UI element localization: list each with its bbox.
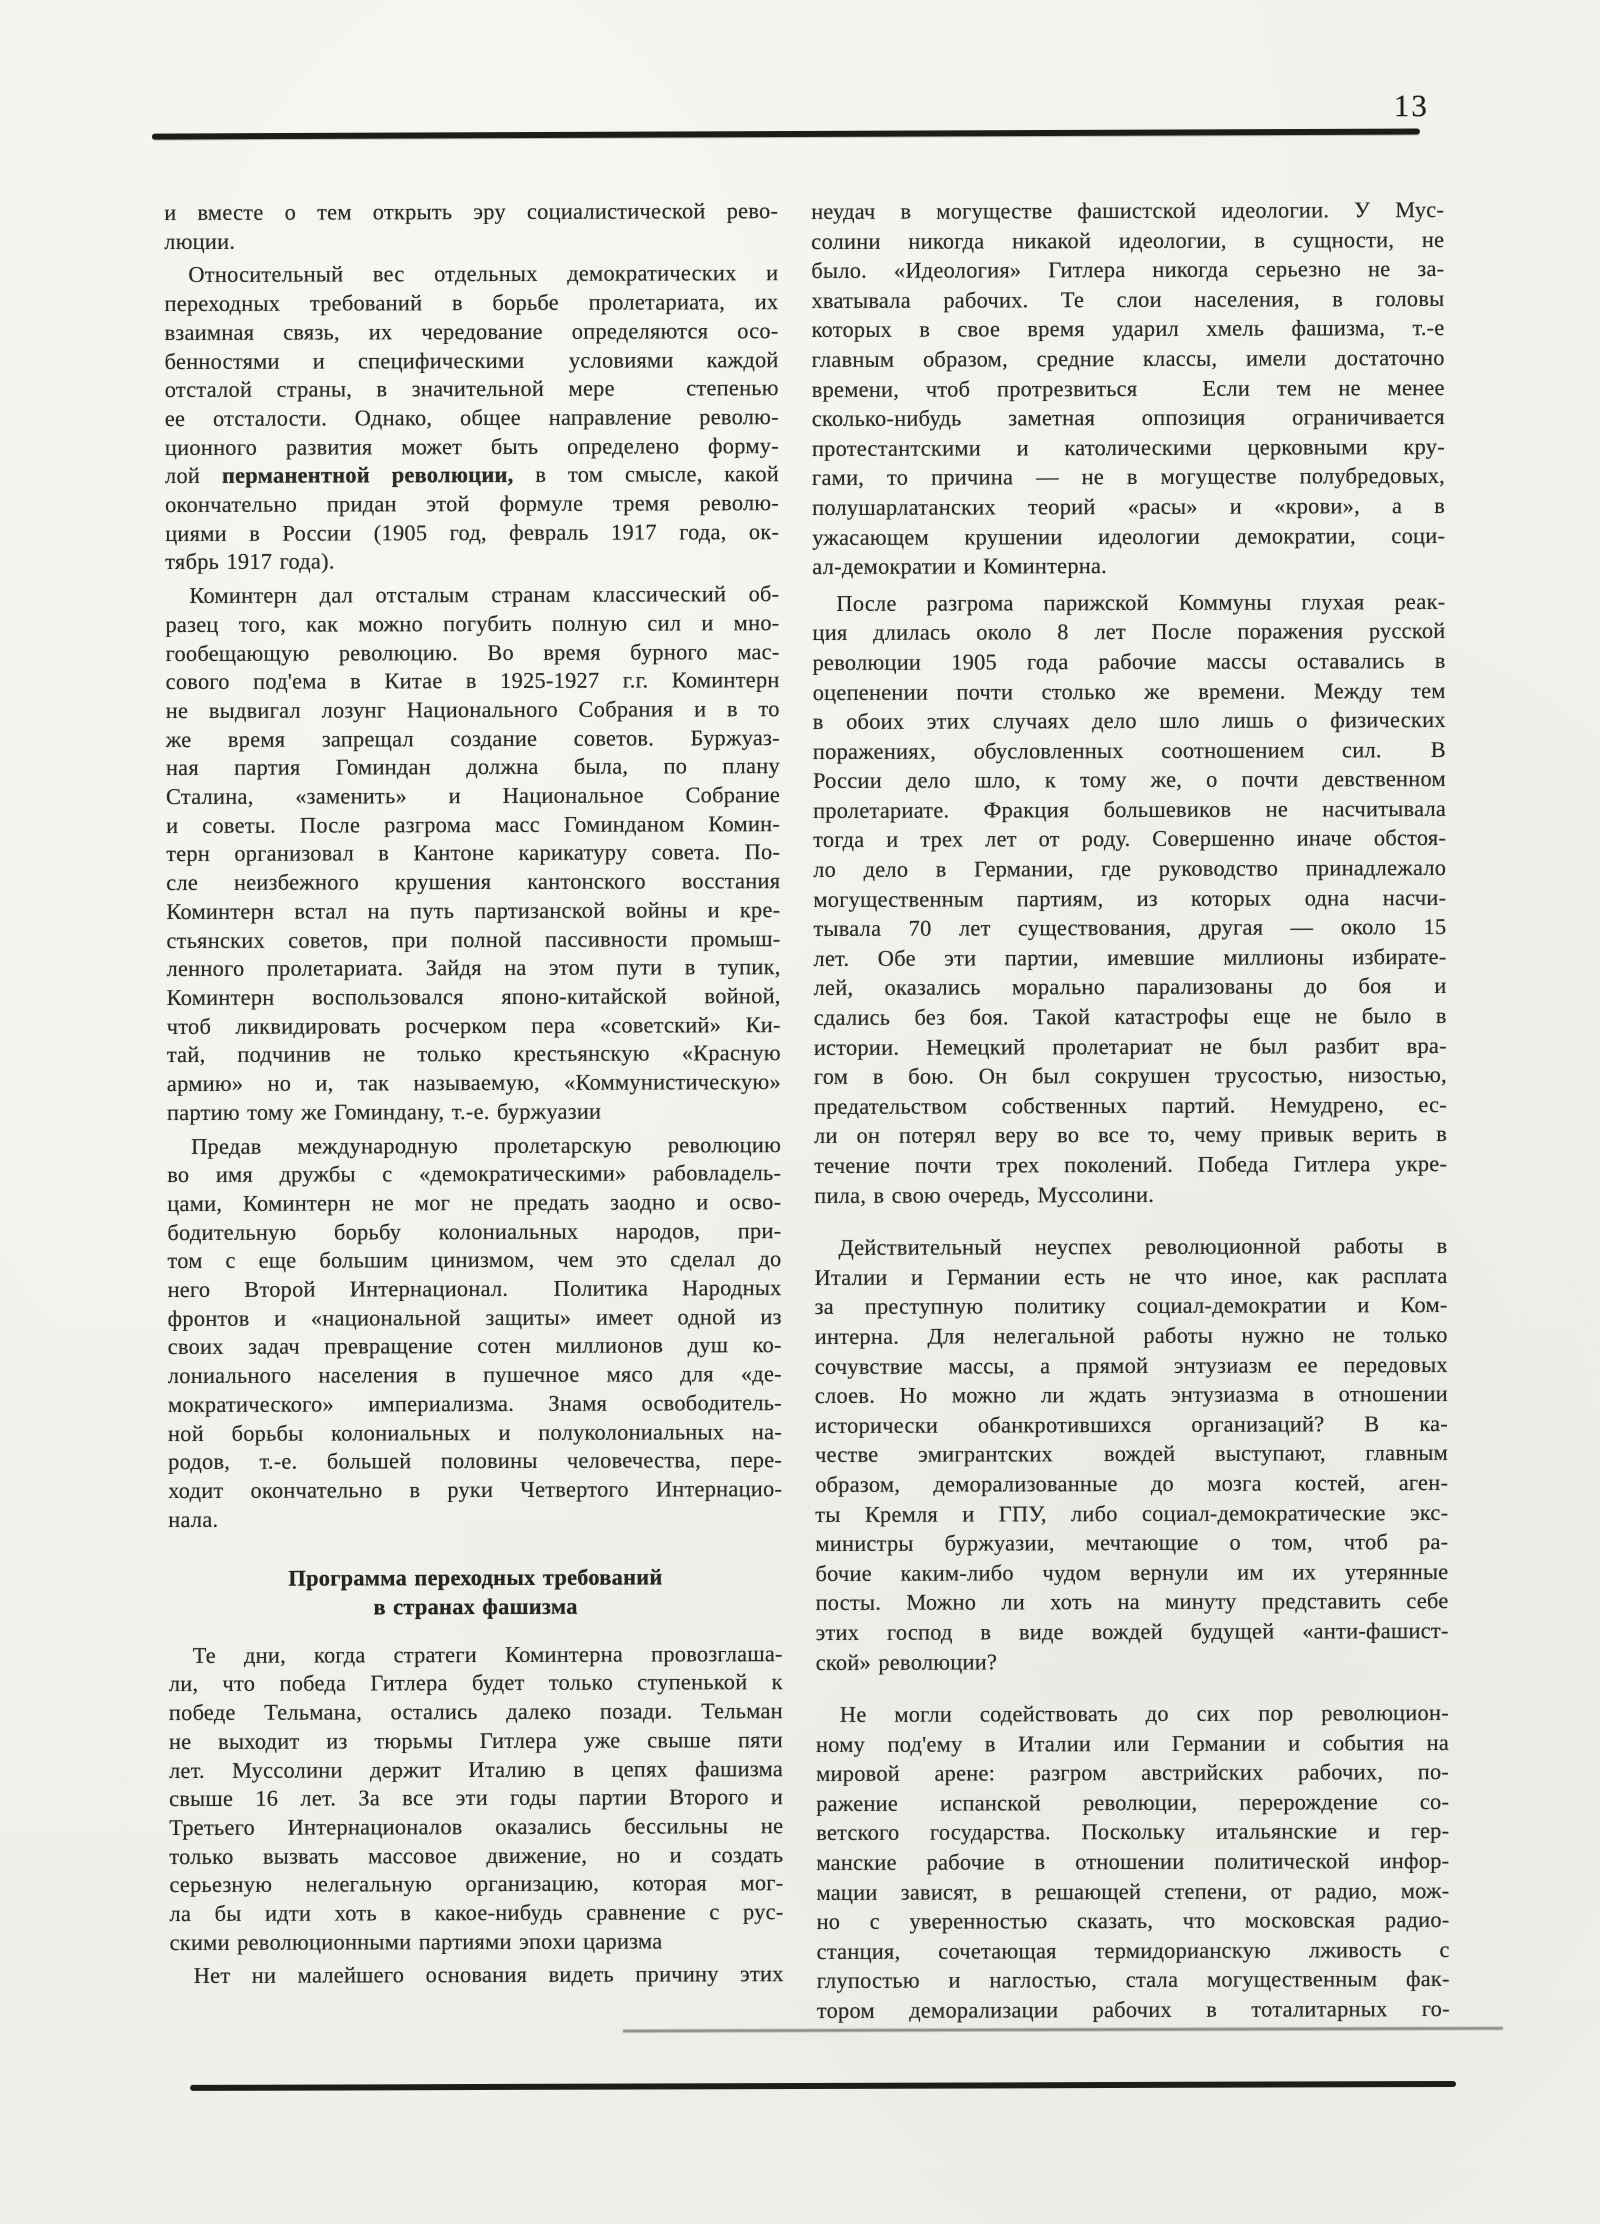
text-segment: посты. Можно ли хоть на минуту представи…: [816, 1588, 1449, 1615]
text-line: Италии и Германии есть не что иное, как …: [814, 1261, 1447, 1293]
text-line: родов, т.-е. большей половины человечест…: [168, 1446, 782, 1477]
scanned-document-page: 13 и вместе о тем открыть эру социалисти…: [0, 0, 1600, 2224]
text-line: революции 1905 года рабочие массы остава…: [813, 646, 1446, 678]
text-segment: ли он потерял веру во все то, чему привы…: [814, 1121, 1447, 1148]
text-line: протестантскими и католическими церковны…: [812, 432, 1445, 464]
text-segment: лет. Обе эти партии, имевшие миллионы из…: [813, 944, 1446, 971]
text-segment: тябрь 1917 года).: [165, 549, 334, 575]
text-segment: министры буржуазии, мечтающие о том, что…: [815, 1529, 1448, 1556]
text-segment: лой: [165, 463, 222, 488]
text-line: отсталой страны, в значительной мере сте…: [165, 374, 779, 405]
text-line: истории. Немецкий пролетариат не был раз…: [814, 1031, 1447, 1063]
text-line: Действительный неуспех революционной раб…: [814, 1231, 1447, 1263]
text-segment: ужасающем крушении идеологии демократии,…: [812, 523, 1445, 550]
text-line: ужасающем крушении идеологии демократии,…: [812, 521, 1445, 553]
text-line: терн организовал в Кантоне карикатуру со…: [166, 839, 780, 870]
text-line: Те дни, когда стратеги Коминтерна провоз…: [169, 1640, 783, 1671]
text-segment: разец того, как можно погубить полную си…: [165, 610, 779, 637]
text-line: люции.: [164, 226, 778, 257]
text-segment: сочувствие массы, а прямой энтузиазм ее …: [815, 1352, 1448, 1379]
text-segment: сового под'ема в Китае в 1925-1927 г.г. …: [166, 667, 780, 694]
text-segment: Не могли содействовать до сих пор револю…: [840, 1700, 1449, 1727]
text-line: партию тому же Гоминдану, т.-е. буржуази…: [167, 1097, 781, 1128]
text-segment: гом в бою. Он был сокрушен трусостью, ни…: [814, 1062, 1447, 1089]
text-line: цами, Коминтерн не мог не предать заодно…: [167, 1188, 781, 1219]
text-line: разец того, как можно погубить полную си…: [165, 609, 779, 640]
paragraph: неудач в могуществе фашистской идеологии…: [811, 195, 1445, 582]
text-segment: чтоб ликвидировать росчерком пера «совет…: [167, 1012, 781, 1039]
text-segment: тай, подчинив не только крестьянскую «Кр…: [167, 1040, 781, 1067]
text-segment: Сталина, «заменить» и Национальное Собра…: [166, 782, 780, 809]
text-segment: армию» но и, так называемую, «Коммунисти…: [167, 1069, 781, 1096]
text-segment: ция длилась около 8 лет После поражения …: [812, 618, 1445, 645]
text-segment: терн организовал в Кантоне карикатуру со…: [166, 840, 780, 867]
text-line: мации зависят, в решающей степени, от ра…: [816, 1876, 1449, 1908]
text-line: том с еще большим цинизмом, чем это сдел…: [167, 1245, 781, 1276]
text-line: поражениях, обусловленных соотношением с…: [813, 735, 1446, 767]
text-line: солини никогда никакой идеологии, в сущн…: [811, 225, 1444, 257]
text-line: лет. Муссолини держит Италию в цепях фаш…: [169, 1755, 783, 1786]
text-segment: Третьего Интернационалов оказались бесси…: [169, 1813, 783, 1840]
text-segment: революции 1905 года рабочие массы остава…: [813, 648, 1446, 675]
text-segment: взаимная связь, их чередование определяю…: [165, 318, 779, 345]
text-line: ция длилась около 8 лет После поражения …: [812, 616, 1445, 648]
text-line: лой перманентной революции, в том смысле…: [165, 460, 779, 491]
paragraph: Те дни, когда стратеги Коминтерна провоз…: [169, 1640, 784, 1958]
text-segment: сколько-нибудь заметная оппозиция ограни…: [812, 404, 1445, 431]
text-line: неудач в могуществе фашистской идеологии…: [811, 195, 1444, 227]
text-line: мократического» империализма. Знамя осво…: [168, 1389, 782, 1420]
text-line: своих задач превращение сотен миллионов …: [168, 1331, 782, 1362]
text-line: полушарлатанских теорий «расы» и «крови»…: [812, 491, 1445, 523]
text-segment: бенностями и специфическими условиями ка…: [165, 347, 779, 374]
text-segment: ской» революции?: [816, 1649, 997, 1675]
text-segment: ражение испанской революции, перерождени…: [816, 1789, 1449, 1816]
text-segment: Коминтерн встал на путь партизанской вой…: [166, 897, 780, 924]
text-line: ал-демократии и Коминтерна.: [812, 550, 1445, 582]
text-segment: полушарлатанских теорий «расы» и «крови»…: [812, 493, 1445, 520]
text-segment: нала.: [168, 1506, 218, 1531]
text-segment: Коминтерн воспользовался японо-китайской…: [167, 983, 781, 1010]
text-segment: стьянских советов, при полной пассивност…: [166, 926, 780, 953]
paragraph: Предав международную пролетарскую револю…: [167, 1131, 782, 1535]
text-line: пролетариате. Фракция большевиков не нас…: [813, 794, 1446, 826]
text-segment: тогда и трех лет от роду. Совершенно ина…: [813, 825, 1446, 852]
text-segment: него Второй Интернационал. Политика Наро…: [168, 1275, 782, 1302]
emphasized-text: перманентной революции,: [222, 462, 514, 488]
text-line: окончательно придан этой формуле тремя р…: [165, 489, 779, 520]
paragraph: Коминтерн дал отсталым странам классичес…: [165, 580, 781, 1127]
text-line: и вместе о тем открыть эру социалистичес…: [164, 197, 778, 228]
text-line: ли он потерял веру во все то, чему привы…: [814, 1119, 1447, 1151]
scan-tilt-wrapper: 13 и вместе о тем открыть эру социалисти…: [0, 0, 1600, 2224]
text-segment: Коминтерн дал отсталым странам классичес…: [189, 581, 779, 608]
text-line: Третьего Интернационалов оказались бесси…: [169, 1812, 783, 1843]
text-line: тай, подчинив не только крестьянскую «Кр…: [167, 1039, 781, 1070]
text-line: гами, то причина — не в могуществе полуб…: [812, 461, 1445, 493]
text-line: в обоих этих случаях дело шло лишь о физ…: [813, 705, 1446, 737]
text-segment: скими революционными партиями эпохи цари…: [170, 1928, 663, 1955]
text-line: тором деморализации рабочих в тоталитарн…: [817, 1994, 1450, 2026]
text-segment: ходит окончательно в руки Четвертого Инт…: [168, 1476, 782, 1503]
text-segment: Италии и Германии есть не что иное, как …: [814, 1263, 1447, 1290]
text-segment: течение почти трех поколений. Победа Гит…: [814, 1151, 1447, 1178]
text-line: не выходит из тюрьмы Гитлера уже свыше п…: [169, 1726, 783, 1757]
text-line: ла бы идти хоть в какое-нибудь сравнение…: [169, 1898, 783, 1929]
page-number: 13: [1365, 88, 1429, 124]
text-line: сколько-нибудь заметная оппозиция ограни…: [812, 402, 1445, 434]
text-segment: своих задач превращение сотен миллионов …: [168, 1332, 782, 1359]
text-segment: бочие каким-либо чудом вернули им их уте…: [815, 1559, 1448, 1586]
text-segment: не выходит из тюрьмы Гитлера уже свыше п…: [169, 1727, 783, 1754]
text-segment: же время запрещал создание советов. Бурж…: [166, 725, 780, 752]
text-line: было. «Идеология» Гитлера никогда серьез…: [811, 254, 1444, 286]
text-segment: времени, чтоб протрезвиться Если тем не …: [812, 375, 1445, 402]
text-line: бенностями и специфическими условиями ка…: [165, 346, 779, 377]
text-segment: честве эмигрантских вождей выступают, гл…: [815, 1440, 1448, 1467]
text-line: глупостью и наглостью, стала могуществен…: [817, 1964, 1450, 1996]
text-segment: После разгрома парижской Коммуны глухая …: [836, 589, 1445, 616]
text-line: ли, что победа Гитлера будет только ступ…: [169, 1669, 783, 1700]
text-segment: циями в России (1905 год, февраль 1917 г…: [165, 519, 779, 546]
text-line: тывала 70 лет существования, другая — ок…: [813, 912, 1446, 944]
text-segment: главным образом, средние классы, имели д…: [812, 345, 1445, 372]
text-segment: в странах фашизма: [373, 1594, 577, 1620]
text-segment: Относительный вес отдельных демократичес…: [188, 260, 778, 287]
text-line: образом, деморализованные до мозга косте…: [815, 1468, 1448, 1500]
text-segment: Нет ни малейшего основания видеть причин…: [194, 1962, 784, 1989]
paragraph: После разгрома парижской Коммуны глухая …: [812, 587, 1447, 1210]
text-segment: ал-демократии и Коминтерна.: [812, 553, 1107, 579]
bottom-rule: [190, 2081, 1456, 2091]
text-segment: сле неизбежного крушения кантонского вос…: [166, 868, 780, 895]
text-line: исторически обанкротившихся организаций?…: [815, 1409, 1448, 1441]
text-line: только вызвать массовое движение, но и с…: [169, 1841, 783, 1872]
text-line: этих господ в виде вождей будущей «анти-…: [816, 1616, 1449, 1648]
text-segment: серьезную нелегальную организацию, котор…: [169, 1870, 783, 1897]
text-segment: ло дело в Германии, где руководство прин…: [813, 855, 1446, 882]
text-line: манские рабочие в отношении политической…: [816, 1846, 1449, 1878]
text-line: в странах фашизма: [169, 1592, 783, 1623]
text-segment: но с уверенностью сказать, что московска…: [817, 1907, 1450, 1934]
text-line: Относительный вес отдельных демократичес…: [164, 259, 778, 290]
text-line: ее отсталости. Однако, общее направление…: [165, 403, 779, 434]
top-rule: [152, 128, 1420, 139]
text-segment: ты Кремля и ГПУ, либо социал-демократиче…: [815, 1499, 1448, 1526]
text-line: и советы. После разгрома масс Гоминданом…: [166, 810, 780, 841]
text-segment: том с еще большим цинизмом, чем это сдел…: [167, 1246, 781, 1273]
text-segment: было. «Идеология» Гитлера никогда серьез…: [811, 256, 1444, 283]
text-segment: лей, оказались морально парализованы до …: [814, 973, 1447, 1000]
text-line: сочувствие массы, а прямой энтузиазм ее …: [815, 1350, 1448, 1382]
text-segment: мировой арене: разгром австрийских рабоч…: [816, 1759, 1449, 1786]
text-segment: не выдвигал лозунг Национального Собрани…: [166, 696, 780, 723]
text-segment: пролетариате. Фракция большевиков не нас…: [813, 796, 1446, 823]
text-line: гом в бою. Он был сокрушен трусостью, ни…: [814, 1060, 1447, 1092]
text-segment: Те дни, когда стратеги Коминтерна провоз…: [193, 1641, 783, 1668]
text-line: за преступную политику социал-демократии…: [815, 1290, 1448, 1322]
paragraph: Относительный вес отдельных демократичес…: [164, 259, 779, 577]
text-segment: цами, Коминтерн не мог не предать заодно…: [167, 1189, 781, 1216]
text-line: сле неизбежного крушения кантонского вос…: [166, 867, 780, 898]
text-line: лей, оказались морально парализованы до …: [814, 971, 1447, 1003]
text-segment: тывала 70 лет существования, другая — ок…: [813, 914, 1446, 941]
text-line: серьезную нелегальную организацию, котор…: [169, 1869, 783, 1900]
text-segment: в том смысле, какой: [513, 461, 779, 487]
text-segment: Действительный неуспех революционной раб…: [838, 1233, 1447, 1260]
text-line: но с уверенностью сказать, что московска…: [816, 1905, 1449, 1937]
text-segment: фронтов и «национальной защиты» имеет од…: [168, 1304, 782, 1331]
text-line: гообещающую революцию. Во время бурного …: [166, 638, 780, 669]
text-line: лет. Обе эти партии, имевшие миллионы из…: [813, 942, 1446, 974]
text-segment: и советы. После разгрома масс Гоминданом…: [166, 811, 780, 838]
section-heading: Программа переходных требованийв странах…: [168, 1563, 782, 1622]
text-segment: глупостью и наглостью, стала могуществен…: [817, 1966, 1450, 1993]
text-line: ной борьбы колониальных и полуколониальн…: [168, 1418, 782, 1449]
text-line: слоев. Но можно ли ждать энтузиазма в от…: [815, 1379, 1448, 1411]
text-segment: которых в свое время ударил хмель фашизм…: [812, 315, 1445, 342]
text-line: сдались без боя. Такой катастрофы еще не…: [814, 1001, 1447, 1033]
text-line: стьянских советов, при полной пассивност…: [166, 925, 780, 956]
text-column-left: и вместе о тем открыть эру социалистичес…: [164, 197, 784, 1991]
text-line: свыше 16 лет. За все эти годы партии Вто…: [169, 1783, 783, 1814]
text-line: которых в свое время ударил хмель фашизм…: [811, 313, 1444, 345]
text-segment: свыше 16 лет. За все эти годы партии Вто…: [169, 1784, 783, 1811]
text-segment: образом, деморализованные до мозга косте…: [815, 1470, 1448, 1497]
text-line: пила, в свою очередь, Муссолини.: [814, 1179, 1447, 1211]
text-line: не выдвигал лозунг Национального Собрани…: [166, 695, 780, 726]
text-segment: бодительную борьбу колониальных народов,…: [167, 1218, 781, 1245]
text-line: предательством собственных партий. Немуд…: [814, 1090, 1447, 1122]
text-segment: предательством собственных партий. Немуд…: [814, 1092, 1447, 1119]
text-segment: станция, сочетающая термидорианскую лжив…: [817, 1937, 1450, 1964]
text-segment: протестантскими и католическими церковны…: [812, 434, 1445, 461]
text-line: фронтов и «национальной защиты» имеет од…: [168, 1303, 782, 1334]
scan-artifact-line: [623, 2027, 1503, 2033]
text-line: Нет ни малейшего основания видеть причин…: [170, 1961, 784, 1992]
text-line: Коминтерн дал отсталым странам классичес…: [165, 580, 779, 611]
text-line: лониального населения в пушечное мясо дл…: [168, 1360, 782, 1391]
text-line: взаимная связь, их чередование определяю…: [165, 317, 779, 348]
paragraph: и вместе о тем открыть эру социалистичес…: [164, 197, 778, 256]
text-segment: манские рабочие в отношении политической…: [816, 1848, 1449, 1875]
text-line: могущественным партиям, из которых одна …: [813, 883, 1446, 915]
text-line: ходит окончательно в руки Четвертого Инт…: [168, 1475, 782, 1506]
text-segment: тором деморализации рабочих в тоталитарн…: [817, 1996, 1450, 2023]
paragraph: Действительный неуспех революционной раб…: [814, 1231, 1448, 1677]
text-segment: ла бы идти хоть в какое-нибудь сравнение…: [169, 1899, 783, 1926]
text-segment: ному под'ему в Италии или Германии и соб…: [816, 1730, 1449, 1757]
text-segment: лет. Муссолини держит Италию в цепях фаш…: [169, 1756, 783, 1783]
text-segment: слоев. Но можно ли ждать энтузиазма в от…: [815, 1381, 1448, 1408]
text-line: главным образом, средние классы, имели д…: [812, 343, 1445, 375]
text-segment: ная партия Гоминдан должна была, по план…: [166, 753, 780, 780]
text-line: бочие каким-либо чудом вернули им их уте…: [815, 1557, 1448, 1589]
text-line: бодительную борьбу колониальных народов,…: [167, 1217, 781, 1248]
paragraph: Не могли содействовать до сих пор револю…: [816, 1698, 1450, 2026]
text-segment: пила, в свою очередь, Муссолини.: [814, 1181, 1154, 1207]
text-column-right: неудач в могуществе фашистской идеологии…: [811, 195, 1450, 2026]
text-line: армию» но и, так называемую, «Коммунисти…: [167, 1068, 781, 1099]
text-segment: гами, то причина — не в могуществе полуб…: [812, 463, 1445, 490]
text-segment: этих господ в виде вождей будущей «анти-…: [816, 1618, 1449, 1645]
text-segment: поражениях, обусловленных соотношением с…: [813, 737, 1446, 764]
text-line: посты. Можно ли хоть на минуту представи…: [815, 1586, 1448, 1618]
text-segment: Предав международную пролетарскую револю…: [191, 1132, 781, 1159]
text-line: России дело шло, к тому же, о почти девс…: [813, 764, 1446, 796]
text-line: Сталина, «заменить» и Национальное Собра…: [166, 781, 780, 812]
text-segment: переходных требований в борьбе пролетари…: [164, 289, 778, 316]
text-line: Программа переходных требований: [168, 1563, 782, 1594]
text-line: ная партия Гоминдан должна была, по план…: [166, 752, 780, 783]
text-line: ветского государства. Поскольку итальянс…: [816, 1816, 1449, 1848]
text-segment: ли, что победа Гитлера будет только ступ…: [169, 1670, 783, 1697]
text-segment: во имя дружбы с «демократическими» рабов…: [167, 1160, 781, 1187]
text-line: станция, сочетающая термидорианскую лжив…: [817, 1935, 1450, 1967]
text-line: же время запрещал создание советов. Бурж…: [166, 724, 780, 755]
text-segment: люции.: [164, 228, 235, 253]
text-segment: ной борьбы колониальных и полуколониальн…: [168, 1419, 782, 1446]
text-line: ражение испанской революции, перерождени…: [816, 1787, 1449, 1819]
text-segment: мократического» империализма. Знамя осво…: [168, 1390, 782, 1417]
text-line: оцепенении почти столько же времени. Меж…: [813, 675, 1446, 707]
text-segment: солини никогда никакой идеологии, в сущн…: [811, 227, 1444, 254]
text-segment: и вместе о тем открыть эру социалистичес…: [164, 198, 778, 225]
text-line: Коминтерн воспользовался японо-китайской…: [167, 982, 781, 1013]
text-line: нала.: [168, 1504, 782, 1535]
text-line: Коминтерн встал на путь партизанской вой…: [166, 896, 780, 927]
text-segment: партию тому же Гоминдану, т.-е. буржуази…: [167, 1098, 601, 1124]
text-segment: победе Тельмана, остались далеко позади.…: [169, 1698, 783, 1725]
text-line: циями в России (1905 год, февраль 1917 г…: [165, 518, 779, 549]
text-segment: интерна. Для нелегальной работы нужно не…: [815, 1322, 1448, 1349]
text-line: министры буржуазии, мечтающие о том, что…: [815, 1527, 1448, 1559]
text-line: ло дело в Германии, где руководство прин…: [813, 853, 1446, 885]
text-line: ской» революции?: [816, 1645, 1449, 1677]
text-line: честве эмигрантских вождей выступают, гл…: [815, 1438, 1448, 1470]
text-segment: неудач в могуществе фашистской идеологии…: [811, 197, 1444, 224]
text-line: ному под'ему в Италии или Германии и соб…: [816, 1728, 1449, 1760]
text-segment: России дело шло, к тому же, о почти девс…: [813, 766, 1446, 793]
text-line: чтоб ликвидировать росчерком пера «совет…: [167, 1011, 781, 1042]
text-line: мировой арене: разгром австрийских рабоч…: [816, 1757, 1449, 1789]
text-line: После разгрома парижской Коммуны глухая …: [812, 587, 1445, 619]
text-segment: ленного пролетариата. Зайдя на этом пути…: [167, 954, 781, 981]
text-line: интерна. Для нелегальной работы нужно не…: [815, 1320, 1448, 1352]
text-line: ты Кремля и ГПУ, либо социал-демократиче…: [815, 1497, 1448, 1529]
text-segment: исторически обанкротившихся организаций?…: [815, 1411, 1448, 1438]
text-line: течение почти трех поколений. Победа Гит…: [814, 1149, 1447, 1181]
text-line: Предав международную пролетарскую револю…: [167, 1131, 781, 1162]
text-segment: за преступную политику социал-демократии…: [815, 1292, 1448, 1319]
paragraph: Нет ни малейшего основания видеть причин…: [170, 1961, 784, 1992]
text-line: времени, чтоб протрезвиться Если тем не …: [812, 373, 1445, 405]
text-line: ционного развития может быть определено …: [165, 432, 779, 463]
text-segment: хватывала рабочих. Те слои населения, в …: [811, 286, 1444, 313]
text-line: тогда и трех лет от роду. Совершенно ина…: [813, 823, 1446, 855]
text-segment: оцепенении почти столько же времени. Меж…: [813, 677, 1446, 704]
text-segment: окончательно придан этой формуле тремя р…: [165, 490, 779, 517]
text-segment: лониального населения в пушечное мясо дл…: [168, 1361, 782, 1388]
text-line: Не могли содействовать до сих пор револю…: [816, 1698, 1449, 1730]
text-segment: сдались без боя. Такой катастрофы еще не…: [814, 1003, 1447, 1030]
text-segment: могущественным партиям, из которых одна …: [813, 885, 1446, 912]
text-line: тябрь 1917 года).: [165, 547, 779, 578]
text-line: хватывала рабочих. Те слои населения, в …: [811, 284, 1444, 316]
text-segment: ветского государства. Поскольку итальянс…: [816, 1818, 1449, 1845]
text-line: ленного пролетариата. Зайдя на этом пути…: [167, 953, 781, 984]
text-segment: истории. Немецкий пролетариат не был раз…: [814, 1033, 1447, 1060]
text-segment: Программа переходных требований: [288, 1565, 662, 1591]
text-segment: в обоих этих случаях дело шло лишь о физ…: [813, 707, 1446, 734]
text-segment: мации зависят, в решающей степени, от ра…: [816, 1878, 1449, 1905]
text-line: во имя дружбы с «демократическими» рабов…: [167, 1159, 781, 1190]
text-segment: ционного развития может быть определено …: [165, 433, 779, 460]
text-segment: ее отсталости. Однако, общее направление…: [165, 404, 779, 431]
text-segment: только вызвать массовое движение, но и с…: [169, 1842, 783, 1869]
text-line: победе Тельмана, остались далеко позади.…: [169, 1697, 783, 1728]
text-line: переходных требований в борьбе пролетари…: [164, 288, 778, 319]
text-segment: отсталой страны, в значительной мере сте…: [165, 375, 779, 402]
text-line: него Второй Интернационал. Политика Наро…: [168, 1274, 782, 1305]
text-segment: родов, т.-е. большей половины человечест…: [168, 1447, 782, 1474]
text-segment: гообещающую революцию. Во время бурного …: [166, 639, 780, 666]
text-line: скими революционными партиями эпохи цари…: [170, 1927, 784, 1958]
text-line: сового под'ема в Китае в 1925-1927 г.г. …: [166, 666, 780, 697]
